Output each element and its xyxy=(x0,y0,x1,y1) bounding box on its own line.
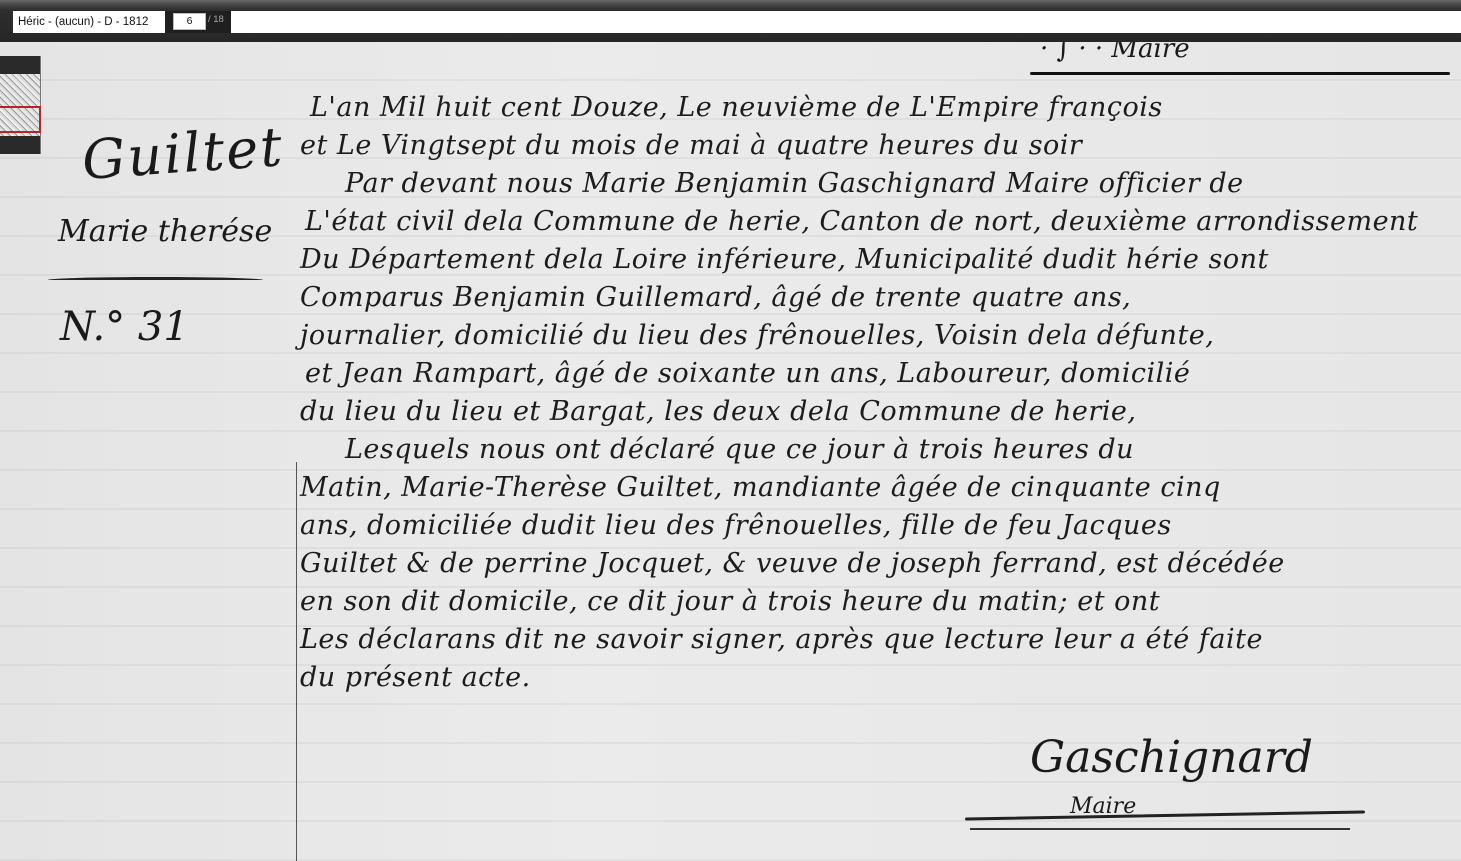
document-scan-viewer[interactable]: · ∫ · · Maire Guiltet Marie therése N.° … xyxy=(0,42,1461,861)
signature-underline xyxy=(965,811,1365,821)
record-line: et Le Vingtsept du mois de mai à quatre … xyxy=(300,130,1082,161)
margin-rule-line xyxy=(296,462,297,861)
record-line: en son dit domicile, ce dit jour à trois… xyxy=(300,586,1160,617)
page-total: / 18 xyxy=(208,14,224,25)
page-number-input[interactable]: 6 xyxy=(173,13,206,30)
top-previous-signature: · ∫ · · Maire xyxy=(1040,42,1190,64)
margin-surname: Guiltet xyxy=(80,115,286,192)
margin-given-names: Marie therése xyxy=(58,214,272,249)
toolbar-blank-area xyxy=(231,11,1461,33)
page-navigator: 6 / 18 xyxy=(165,11,231,33)
margin-flourish xyxy=(48,277,263,283)
record-line: Guiltet & de perrine Jocquet, & veuve de… xyxy=(300,548,1285,579)
document-title: Héric - (aucun) - D - 1812 xyxy=(13,11,165,33)
top-signature-rule xyxy=(1030,72,1450,75)
viewer-toolbar: Héric - (aucun) - D - 1812 6 / 18 xyxy=(0,0,1461,42)
record-line: et Jean Rampart, âgé de soixante un ans,… xyxy=(305,358,1190,389)
record-line: Matin, Marie-Therèse Guiltet, mandiante … xyxy=(300,472,1221,503)
record-line: ans, domiciliée dudit lieu des frênouell… xyxy=(300,510,1172,541)
record-line: Comparus Benjamin Guillemard, âgé de tre… xyxy=(300,282,1131,313)
thumbnail-navigator[interactable] xyxy=(0,56,41,154)
record-line: du présent acte. xyxy=(300,662,531,693)
record-line: Lesquels nous ont déclaré que ce jour à … xyxy=(345,434,1134,465)
record-line: L'an Mil huit cent Douze, Le neuvième de… xyxy=(310,92,1163,123)
record-line: Du Département dela Loire inférieure, Mu… xyxy=(300,244,1269,275)
record-line: Par devant nous Marie Benjamin Gaschigna… xyxy=(345,168,1244,199)
record-line: L'état civil dela Commune de herie, Cant… xyxy=(305,206,1418,237)
record-line: journalier, domicilié du lieu des frênou… xyxy=(300,320,1214,351)
mayor-signature: Gaschignard xyxy=(1030,732,1313,783)
signature-underline-2 xyxy=(970,828,1350,830)
record-line: du lieu du lieu et Bargat, les deux dela… xyxy=(300,396,1136,427)
viewport-indicator[interactable] xyxy=(0,106,41,133)
entry-number: N.° 31 xyxy=(60,304,189,350)
record-line: Les déclarans dit ne savoir signer, aprè… xyxy=(300,624,1263,655)
